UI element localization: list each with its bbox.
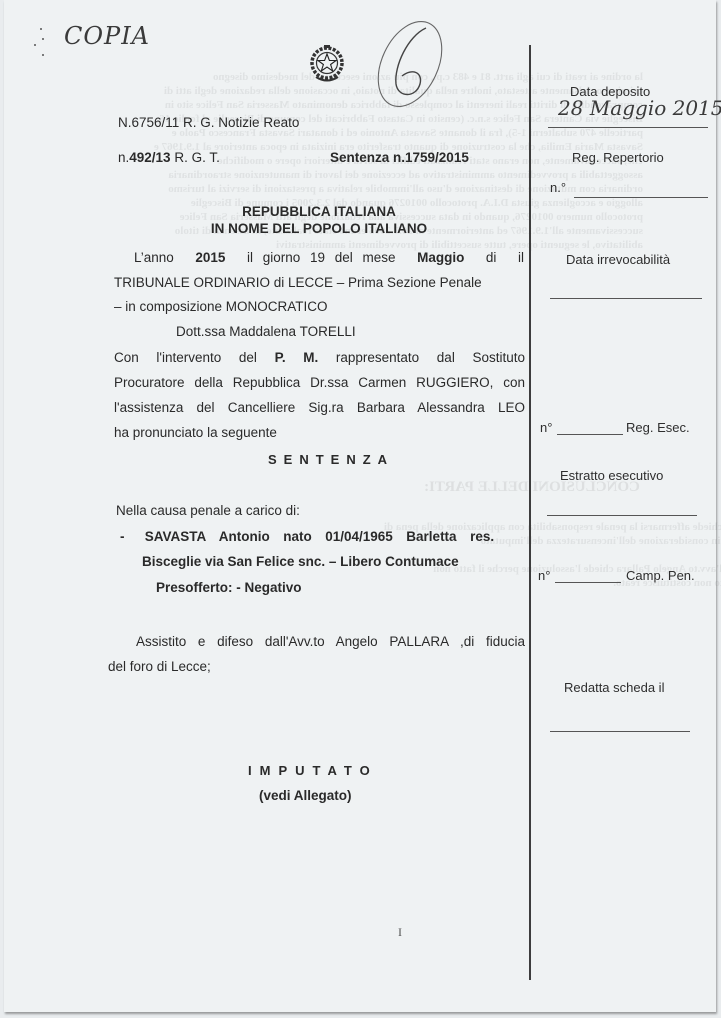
- di-text: di: [486, 250, 497, 265]
- imputato-details-line-1: - SAVASTA Antonio nato 01/04/1965 Barlet…: [120, 529, 525, 544]
- anno-label: L’anno: [134, 250, 174, 265]
- date-line: L’anno 2015 il giorno 19 del mese Maggio…: [118, 250, 524, 265]
- data-irrevocabilita-label: Data irrevocabilità: [566, 252, 670, 267]
- punch-hole-marks: [30, 26, 46, 66]
- month-value: Maggio: [417, 250, 464, 265]
- repertorio-n-label: n.°: [550, 180, 566, 195]
- rgt-prefix: n.: [118, 150, 129, 165]
- imputato-details-line-2: Bisceglie via San Felice snc. – Libero C…: [142, 554, 459, 569]
- day-text: il giorno 19 del mese: [247, 250, 396, 265]
- presofferto: Presofferto: - Negativo: [156, 580, 302, 595]
- pm-label: P. M.: [275, 350, 319, 365]
- notizie-reato-number: N.6756/11 R. G. Notizie Reato: [118, 115, 299, 130]
- intervento-text-a: Con l'intervento del: [114, 350, 275, 365]
- data-irrevocabilita-line: [550, 298, 702, 299]
- redatta-scheda-label: Redatta scheda il: [564, 680, 664, 695]
- document-title: REPUBBLICA ITALIANA IN NOME DEL POPOLO I…: [114, 203, 524, 237]
- tribunale-line: TRIBUNALE ORDINARIO di LECCE – Prima Sez…: [114, 275, 525, 290]
- title-line-1: REPUBBLICA ITALIANA: [114, 203, 524, 220]
- repertorio-n-line: [574, 197, 708, 198]
- rgt-suffix: R. G. T.: [171, 150, 220, 165]
- intervento-line-3: l'assistenza del Cancelliere Sig.ra Barb…: [114, 400, 525, 415]
- intervento-line-4: ha pronunciato la seguente: [114, 425, 277, 440]
- reg-repertorio-label: Reg. Repertorio: [572, 150, 664, 165]
- redatta-scheda-line: [550, 731, 690, 732]
- composizione-line: – in composizione MONOCRATICO: [114, 299, 328, 314]
- judge-name: Dott.ssa Maddalena TORELLI: [176, 324, 356, 339]
- reg-esec-n-label: n°: [540, 420, 552, 435]
- camp-pen-label: Camp. Pen.: [626, 568, 695, 583]
- italian-republic-emblem-icon: [310, 44, 344, 84]
- estratto-esecutivo-line: [547, 515, 697, 516]
- imputato-heading: IMPUTATO: [248, 763, 378, 778]
- causa-label: Nella causa penale a carico di:: [116, 503, 300, 518]
- copia-annotation: COPIA: [64, 22, 150, 50]
- il-text: il: [518, 250, 524, 265]
- reg-esec-line: [557, 434, 623, 435]
- difesa-line-2: del foro di Lecce;: [108, 659, 211, 674]
- camp-pen-n-label: n°: [538, 568, 550, 583]
- document-page: la ordine ai reati di cui agli artt. 81 …: [4, 0, 716, 1012]
- year-value: 2015: [195, 250, 225, 265]
- rgt-value: 492/13: [129, 150, 170, 165]
- title-line-2: IN NOME DEL POPOLO ITALIANO: [114, 220, 524, 237]
- intervento-line-1: Con l'intervento del P. M. rappresentato…: [114, 350, 525, 365]
- difesa-line-1: Assistito e difeso dall'Avv.to Angelo PA…: [136, 634, 525, 649]
- sentenza-heading: SENTENZA: [268, 452, 394, 467]
- circled-number-annotation: [368, 14, 448, 114]
- rgt-number: n.492/13 R. G. T.: [118, 150, 220, 165]
- page-number: I: [398, 925, 402, 940]
- intervento-text-b: rappresentato dal Sostituto: [318, 350, 525, 365]
- camp-pen-line: [555, 582, 621, 583]
- estratto-esecutivo-label: Estratto esecutivo: [560, 468, 663, 483]
- data-deposito-handwritten: 28 Maggio 2015: [558, 96, 721, 120]
- reg-esec-label: Reg. Esec.: [626, 420, 690, 435]
- column-divider: [529, 45, 531, 980]
- vedi-allegato: (vedi Allegato): [259, 788, 352, 803]
- sentenza-number: Sentenza n.1759/2015: [330, 150, 469, 165]
- data-deposito-line: [548, 127, 708, 128]
- intervento-line-2: Procuratore della Repubblica Dr.ssa Carm…: [114, 375, 525, 390]
